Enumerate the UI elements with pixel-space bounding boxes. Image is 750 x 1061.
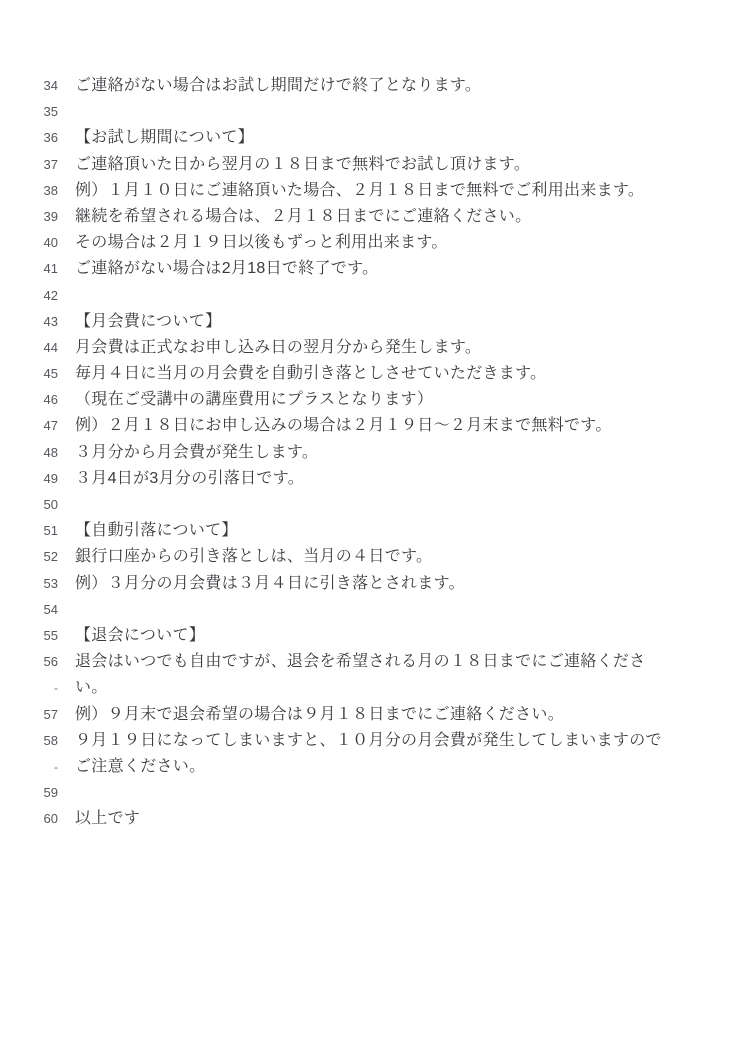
line-number: 48 bbox=[0, 440, 58, 466]
text-line: 47 例）２月１８日にお申し込みの場合は２月１９日〜２月末まで無料です。 bbox=[0, 413, 750, 439]
line-text: 例）３月分の月会費は３月４日に引き落とされます。 bbox=[75, 571, 465, 597]
line-text: ご注意ください。 bbox=[75, 754, 205, 780]
line-text: 例）１月１０日にご連絡頂いた場合、２月１８日まで無料でご利用出来ます。 bbox=[75, 178, 644, 204]
line-text: ９月１９日になってしまいますと、１０月分の月会費が発生してしまいますので bbox=[75, 728, 662, 754]
text-line: 51 【自動引落について】 bbox=[0, 518, 750, 544]
line-number: 42 bbox=[0, 283, 58, 309]
text-line: 45 毎月４日に当月の月会費を自動引き落としさせていただきます。 bbox=[0, 361, 750, 387]
text-line: 44 月会費は正式なお申し込み日の翌月分から発生します。 bbox=[0, 335, 750, 361]
line-text: ご連絡がない場合はお試し期間だけで終了となります。 bbox=[75, 73, 481, 99]
line-number: 60 bbox=[0, 806, 58, 832]
line-number: 36 bbox=[0, 125, 58, 151]
text-line: 50 bbox=[0, 492, 750, 518]
text-line: 49 ３月4日が3月分の引落日です。 bbox=[0, 466, 750, 492]
line-number: 46 bbox=[0, 387, 58, 413]
document-page: 34 ご連絡がない場合はお試し期間だけで終了となります。 35 36 【お試し期… bbox=[0, 0, 750, 1061]
text-line: 37 ご連絡頂いた日から翌月の１８日まで無料でお試し頂けます。 bbox=[0, 152, 750, 178]
numbered-text-block: 34 ご連絡がない場合はお試し期間だけで終了となります。 35 36 【お試し期… bbox=[0, 73, 750, 832]
line-number: 49 bbox=[0, 466, 58, 492]
text-line: 56 退会はいつでも自由ですが、退会を希望される月の１８日までにご連絡くださ bbox=[0, 649, 750, 675]
line-text: 【お試し期間について】 bbox=[75, 125, 254, 151]
line-text: ３月4日が3月分の引落日です。 bbox=[75, 466, 304, 492]
text-line: 43 【月会費について】 bbox=[0, 309, 750, 335]
line-text: 銀行口座からの引き落としは、当月の４日です。 bbox=[75, 544, 432, 570]
text-line-wrap-continuation: - い。 bbox=[0, 675, 750, 701]
text-line: 35 bbox=[0, 99, 750, 125]
line-number: 44 bbox=[0, 335, 58, 361]
line-number: 45 bbox=[0, 361, 58, 387]
line-number: 39 bbox=[0, 204, 58, 230]
line-number: 51 bbox=[0, 518, 58, 544]
line-text: その場合は２月１９日以後もずっと利用出来ます。 bbox=[75, 230, 448, 256]
line-text: ３月分から月会費が発生します。 bbox=[75, 440, 318, 466]
line-text: 退会はいつでも自由ですが、退会を希望される月の１８日までにご連絡くださ bbox=[75, 649, 646, 675]
line-text: 以上です bbox=[75, 806, 140, 832]
line-number: 47 bbox=[0, 413, 58, 439]
line-number: 34 bbox=[0, 73, 58, 99]
line-text: い。 bbox=[75, 675, 108, 701]
line-text: （現在ご受講中の講座費用にプラスとなります） bbox=[75, 387, 433, 413]
text-line-wrap-continuation: - ご注意ください。 bbox=[0, 754, 750, 780]
text-line: 34 ご連絡がない場合はお試し期間だけで終了となります。 bbox=[0, 73, 750, 99]
line-number: 50 bbox=[0, 492, 58, 518]
line-number: 56 bbox=[0, 649, 58, 675]
line-text: 【退会について】 bbox=[75, 623, 205, 649]
line-number: 54 bbox=[0, 597, 58, 623]
line-text: 月会費は正式なお申し込み日の翌月分から発生します。 bbox=[75, 335, 481, 361]
text-line: 59 bbox=[0, 780, 750, 806]
line-wrap-marker: - bbox=[0, 675, 58, 701]
line-text: 【月会費について】 bbox=[75, 309, 221, 335]
text-line: 48 ３月分から月会費が発生します。 bbox=[0, 440, 750, 466]
text-line: 53 例）３月分の月会費は３月４日に引き落とされます。 bbox=[0, 571, 750, 597]
text-line: 58 ９月１９日になってしまいますと、１０月分の月会費が発生してしまいますので bbox=[0, 728, 750, 754]
line-number: 38 bbox=[0, 178, 58, 204]
line-text: 毎月４日に当月の月会費を自動引き落としさせていただきます。 bbox=[75, 361, 546, 387]
line-wrap-marker: - bbox=[0, 754, 58, 780]
line-number: 58 bbox=[0, 728, 58, 754]
text-line: 46 （現在ご受講中の講座費用にプラスとなります） bbox=[0, 387, 750, 413]
line-number: 53 bbox=[0, 571, 58, 597]
line-text: 例）２月１８日にお申し込みの場合は２月１９日〜２月末まで無料です。 bbox=[75, 413, 612, 439]
text-line: 39 継続を希望される場合は、２月１８日までにご連絡ください。 bbox=[0, 204, 750, 230]
line-text: 【自動引落について】 bbox=[75, 518, 238, 544]
text-line: 38 例）１月１０日にご連絡頂いた場合、２月１８日まで無料でご利用出来ます。 bbox=[0, 178, 750, 204]
line-number: 52 bbox=[0, 544, 58, 570]
text-line: 54 bbox=[0, 597, 750, 623]
text-line: 57 例）９月末で退会希望の場合は９月１８日までにご連絡ください。 bbox=[0, 702, 750, 728]
line-number: 40 bbox=[0, 230, 58, 256]
line-number: 43 bbox=[0, 309, 58, 335]
line-number: 41 bbox=[0, 256, 58, 282]
text-line: 60 以上です bbox=[0, 806, 750, 832]
line-number: 59 bbox=[0, 780, 58, 806]
line-number: 37 bbox=[0, 152, 58, 178]
text-line: 36 【お試し期間について】 bbox=[0, 125, 750, 151]
line-text: ご連絡がない場合は2月18日で終了です。 bbox=[75, 256, 378, 282]
text-line: 55 【退会について】 bbox=[0, 623, 750, 649]
line-number: 55 bbox=[0, 623, 58, 649]
line-number: 35 bbox=[0, 99, 58, 125]
line-text: 継続を希望される場合は、２月１８日までにご連絡ください。 bbox=[75, 204, 531, 230]
line-text: ご連絡頂いた日から翌月の１８日まで無料でお試し頂けます。 bbox=[75, 152, 530, 178]
line-text: 例）９月末で退会希望の場合は９月１８日までにご連絡ください。 bbox=[75, 702, 564, 728]
text-line: 40 その場合は２月１９日以後もずっと利用出来ます。 bbox=[0, 230, 750, 256]
text-line: 42 bbox=[0, 283, 750, 309]
text-line: 52 銀行口座からの引き落としは、当月の４日です。 bbox=[0, 544, 750, 570]
text-line: 41 ご連絡がない場合は2月18日で終了です。 bbox=[0, 256, 750, 282]
line-number: 57 bbox=[0, 702, 58, 728]
